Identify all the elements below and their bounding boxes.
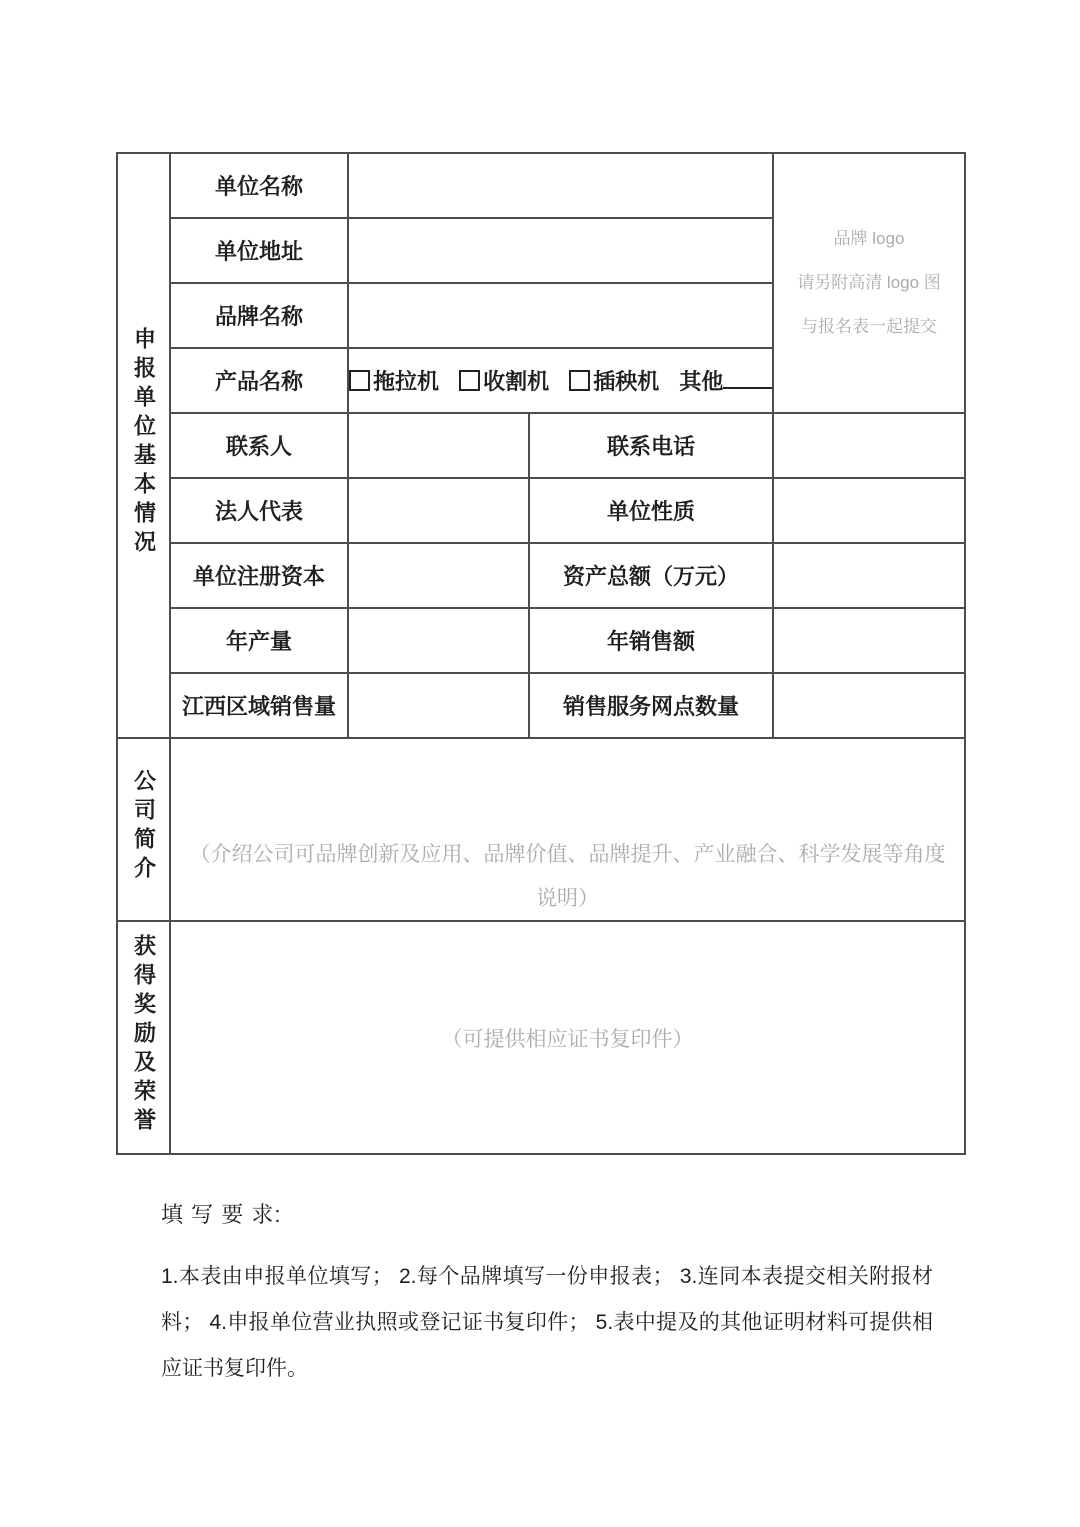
awards-placeholder-text: （可提供相应证书复印件） [171,1023,964,1053]
brand-logo-placeholder-line1: 品牌 logo [834,229,905,249]
section-title-basic-info: 申报单位基本情况 [117,153,170,738]
field-label-registered-capital: 单位注册资本 [170,543,348,608]
company-profile-input[interactable]: （介绍公司可品牌创新及应用、品牌价值、品牌提升、产业融合、科学发展等角度 说明） [170,738,965,921]
section-title-company-profile-text: 公司简介 [133,769,155,885]
field-label-contact-phone: 联系电话 [529,413,773,478]
product-options-cell: 拖拉机 收割机 插秧机 其他 [348,348,773,413]
other-blank-line[interactable] [723,367,773,389]
field-label-contact-person: 联系人 [170,413,348,478]
brand-logo-placeholder: 品牌 logo 请另附高清 logo 图 与报名表一起提交 [773,153,965,413]
field-input-registered-capital[interactable] [348,543,529,608]
field-input-unit-type[interactable] [773,478,965,543]
field-label-unit-address: 单位地址 [170,218,348,283]
field-label-brand-name: 品牌名称 [170,283,348,348]
field-input-annual-sales[interactable] [773,608,965,673]
field-label-annual-sales: 年销售额 [529,608,773,673]
awards-input[interactable]: （可提供相应证书复印件） [170,921,965,1154]
section-title-awards: 获得奖励及荣誉 [117,921,170,1154]
field-input-unit-name[interactable] [348,153,773,218]
company-profile-placeholder-line2: 说明） [536,888,599,909]
field-label-legal-representative: 法人代表 [170,478,348,543]
checkbox-icon[interactable] [349,370,370,391]
fill-in-requirements-body: 1.本表由申报单位填写； 2.每个品牌填写一份申报表； 3.连同本表提交相关附报… [161,1254,933,1392]
field-input-unit-address[interactable] [348,218,773,283]
checkbox-icon[interactable] [569,370,590,391]
other-option-label: 其他 [679,369,723,394]
field-input-service-outlet-count[interactable] [773,673,965,738]
fill-in-requirements: 填 写 要 求: 1.本表由申报单位填写； 2.每个品牌填写一份申报表； 3.连… [161,1198,933,1392]
field-input-contact-person[interactable] [348,413,529,478]
brand-logo-placeholder-line3: 与报名表一起提交 [801,317,937,337]
checkbox-option-tractor[interactable]: 拖拉机 [349,365,439,396]
fill-in-requirements-heading: 填 写 要 求: [161,1198,933,1229]
field-input-brand-name[interactable] [348,283,773,348]
checkbox-label-transplanter: 插秧机 [593,369,659,394]
checkbox-label-harvester: 收割机 [483,369,549,394]
field-input-contact-phone[interactable] [773,413,965,478]
document-page: 申报单位基本情况 单位名称 品牌 logo 请另附高清 logo 图 与报名表一… [0,0,1080,1527]
brand-logo-placeholder-line2: 请另附高清 logo 图 [797,273,941,293]
checkbox-option-harvester[interactable]: 收割机 [459,365,549,396]
section-title-company-profile: 公司简介 [117,738,170,921]
field-label-unit-name: 单位名称 [170,153,348,218]
checkbox-option-transplanter[interactable]: 插秧机 [569,365,659,396]
field-label-total-assets: 资产总额（万元） [529,543,773,608]
field-label-unit-type: 单位性质 [529,478,773,543]
checkbox-label-tractor: 拖拉机 [373,369,439,394]
field-label-jiangxi-sales-volume: 江西区域销售量 [170,673,348,738]
section-title-basic-info-text: 申报单位基本情况 [133,327,155,559]
company-profile-placeholder-line1: （介绍公司可品牌创新及应用、品牌价值、品牌提升、产业融合、科学发展等角度 [190,844,946,865]
field-input-jiangxi-sales-volume[interactable] [348,673,529,738]
field-input-legal-representative[interactable] [348,478,529,543]
checkbox-icon[interactable] [459,370,480,391]
field-label-product-name: 产品名称 [170,348,348,413]
field-input-total-assets[interactable] [773,543,965,608]
field-input-annual-output[interactable] [348,608,529,673]
section-title-awards-text: 获得奖励及荣誉 [133,934,155,1137]
application-form-table: 申报单位基本情况 单位名称 品牌 logo 请另附高清 logo 图 与报名表一… [116,152,966,1155]
field-label-service-outlet-count: 销售服务网点数量 [529,673,773,738]
field-label-annual-output: 年产量 [170,608,348,673]
